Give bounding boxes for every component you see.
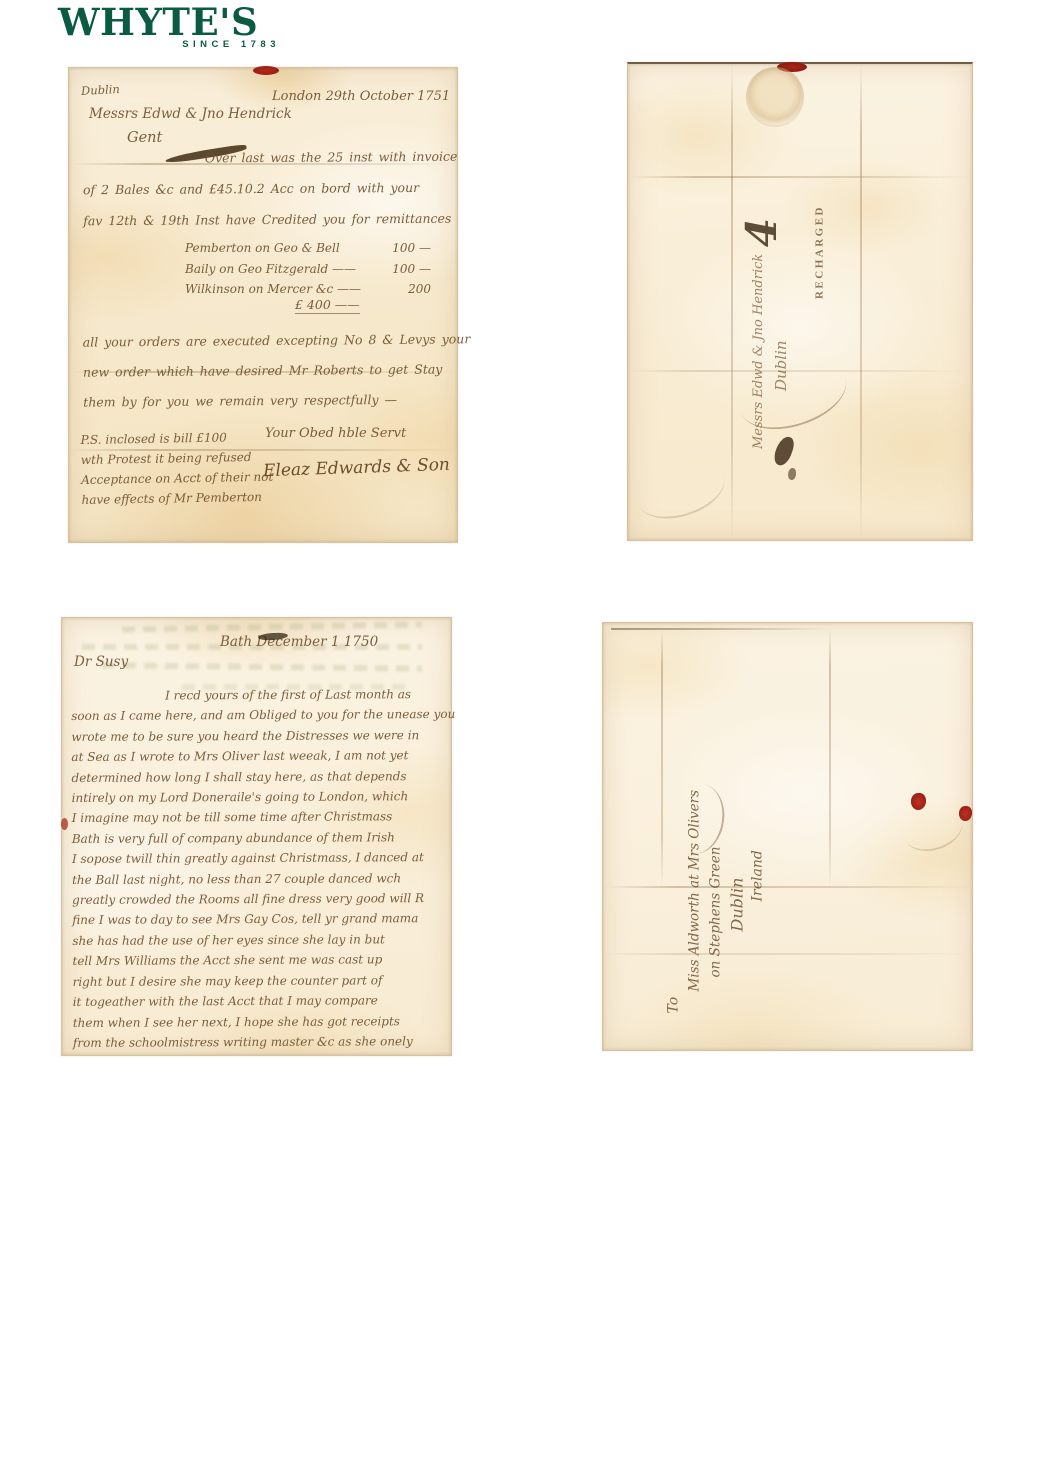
whytes-logo: WHYTE'S SINCE 1783 [58, 2, 282, 50]
handwriting-line: soon as I came here, and am Obliged to y… [71, 704, 445, 726]
bleedthrough-text [102, 662, 422, 671]
handwriting-line: new order which have desired Mr Roberts … [83, 354, 448, 387]
letter-dateline: Bath December 1 1750 [220, 634, 378, 650]
handwriting-line: I recd yours of the first of Last month … [71, 684, 445, 706]
handwriting-line: fine I was to day to see Mrs Gay Cos, te… [72, 908, 446, 930]
handwriting-line: them when I see her next, I hope she has… [73, 1011, 447, 1033]
catalog-page: WHYTE'S SINCE 1783 Dublin London 29th Oc… [0, 0, 1040, 1471]
letter-scan-1750-back: To Miss Aldworth at Mrs Olivers on Steph… [602, 622, 973, 1051]
handwriting-line: it togeather with the last Acct that I m… [73, 990, 447, 1012]
handwriting-line: have effects of Mr Pemberton [81, 486, 311, 510]
letter-body: I recd yours of the first of Last month … [71, 684, 447, 1053]
address-line: on Stephens Green [706, 695, 727, 1017]
handwriting-line: from the schoolmistress writing master &… [73, 1031, 447, 1053]
handwriting-line: all your orders are executed excepting N… [83, 324, 448, 357]
wax-seal-fragment [911, 793, 926, 810]
account-amount: 200 [400, 279, 431, 300]
bleedthrough-text [122, 621, 422, 632]
handwriting-line: tell Mrs Williams the Acct she sent me w… [72, 949, 446, 971]
red-stain [61, 818, 68, 830]
letter-body: Over last was the 25 inst with invoiceof… [83, 141, 449, 237]
handwriting-line: them by for you we remain very respectfu… [83, 384, 448, 417]
recharged-handstamp: RECHARGED [796, 164, 842, 339]
account-amount: 100 — [384, 238, 431, 259]
handwriting-line: she has had the use of her eyes since sh… [72, 929, 446, 951]
address-line: Ireland [748, 695, 769, 1017]
address-line: Miss Aldworth at Mrs Olivers [685, 695, 706, 1017]
letter-valediction: Your Obed hble Servt [265, 426, 406, 441]
handwriting-line: Bath is very full of company abundance o… [72, 827, 446, 849]
fold-crease [860, 64, 862, 540]
handwriting-line: at Sea as I wrote to Mrs Oliver last wee… [71, 745, 445, 767]
handwriting-line: I sopose twill thin greatly against Chri… [72, 847, 446, 869]
account-label: Baily on Geo Fitzgerald —— [185, 259, 356, 280]
handwriting-line: determined how long I shall stay here, a… [71, 766, 445, 788]
remittance-list: Pemberton on Geo & Bell100 —Baily on Geo… [185, 238, 431, 300]
docket-note: Dublin [81, 82, 120, 98]
address-line: Dublin [727, 695, 748, 1017]
ink-blot [788, 468, 796, 480]
letter-scan-1751-back: 4 Messrs Edwd & Jno Hendrick Dublin RECH… [627, 62, 973, 541]
remittance-total: £ 400 —— [295, 297, 360, 314]
account-label: Pemberton on Geo & Bell [185, 238, 340, 259]
embossed-seal-impression [746, 67, 804, 127]
handwriting-line: intirely on my Lord Doneraile's going to… [72, 786, 446, 808]
account-amount: 100 — [384, 259, 431, 280]
handwriting-line: Pemberton on Geo & Bell100 — [185, 238, 431, 259]
address-panel: To Miss Aldworth at Mrs Olivers on Steph… [631, 695, 801, 1017]
letter-addressee: Messrs Edwd & Jno Hendrick [89, 106, 292, 122]
letter-scan-1750-front: Bath December 1 1750 Dr Susy I recd your… [61, 617, 452, 1056]
wax-seal-trace [253, 66, 279, 75]
pen-flourish [630, 451, 732, 528]
address-line: To [664, 695, 685, 1017]
handwriting-line: of 2 Bales &c and £45.10.2 Acc on bord w… [83, 172, 448, 206]
handwriting-line: fav 12th & 19th Inst have Credited you f… [83, 203, 448, 237]
brand-wordmark: WHYTE'S [58, 2, 282, 42]
handwriting-line: right but I desire she may keep the coun… [73, 970, 447, 992]
fold-crease [829, 628, 831, 888]
letter-salutation: Dr Susy [74, 654, 128, 670]
letter-dateline: London 29th October 1751 [272, 89, 450, 104]
handwriting-line: I imagine may not be till some time afte… [72, 806, 446, 828]
handwriting-line: Baily on Geo Fitzgerald ——100 — [185, 259, 431, 280]
letter-body: all your orders are executed excepting N… [83, 324, 449, 417]
fold-crease [611, 628, 829, 630]
handwriting-line: Over last was the 25 inst with invoice [83, 141, 448, 175]
handwriting-line: wrote me to be sure you heard the Distre… [71, 725, 445, 747]
handwriting-line: the Ball last night, no less than 27 cou… [72, 868, 446, 890]
pen-flourish [898, 800, 968, 858]
handwriting-line: greatly crowded the Rooms all fine dress… [72, 888, 446, 910]
letter-scan-1751-front: Dublin London 29th October 1751 Messrs E… [68, 67, 458, 543]
